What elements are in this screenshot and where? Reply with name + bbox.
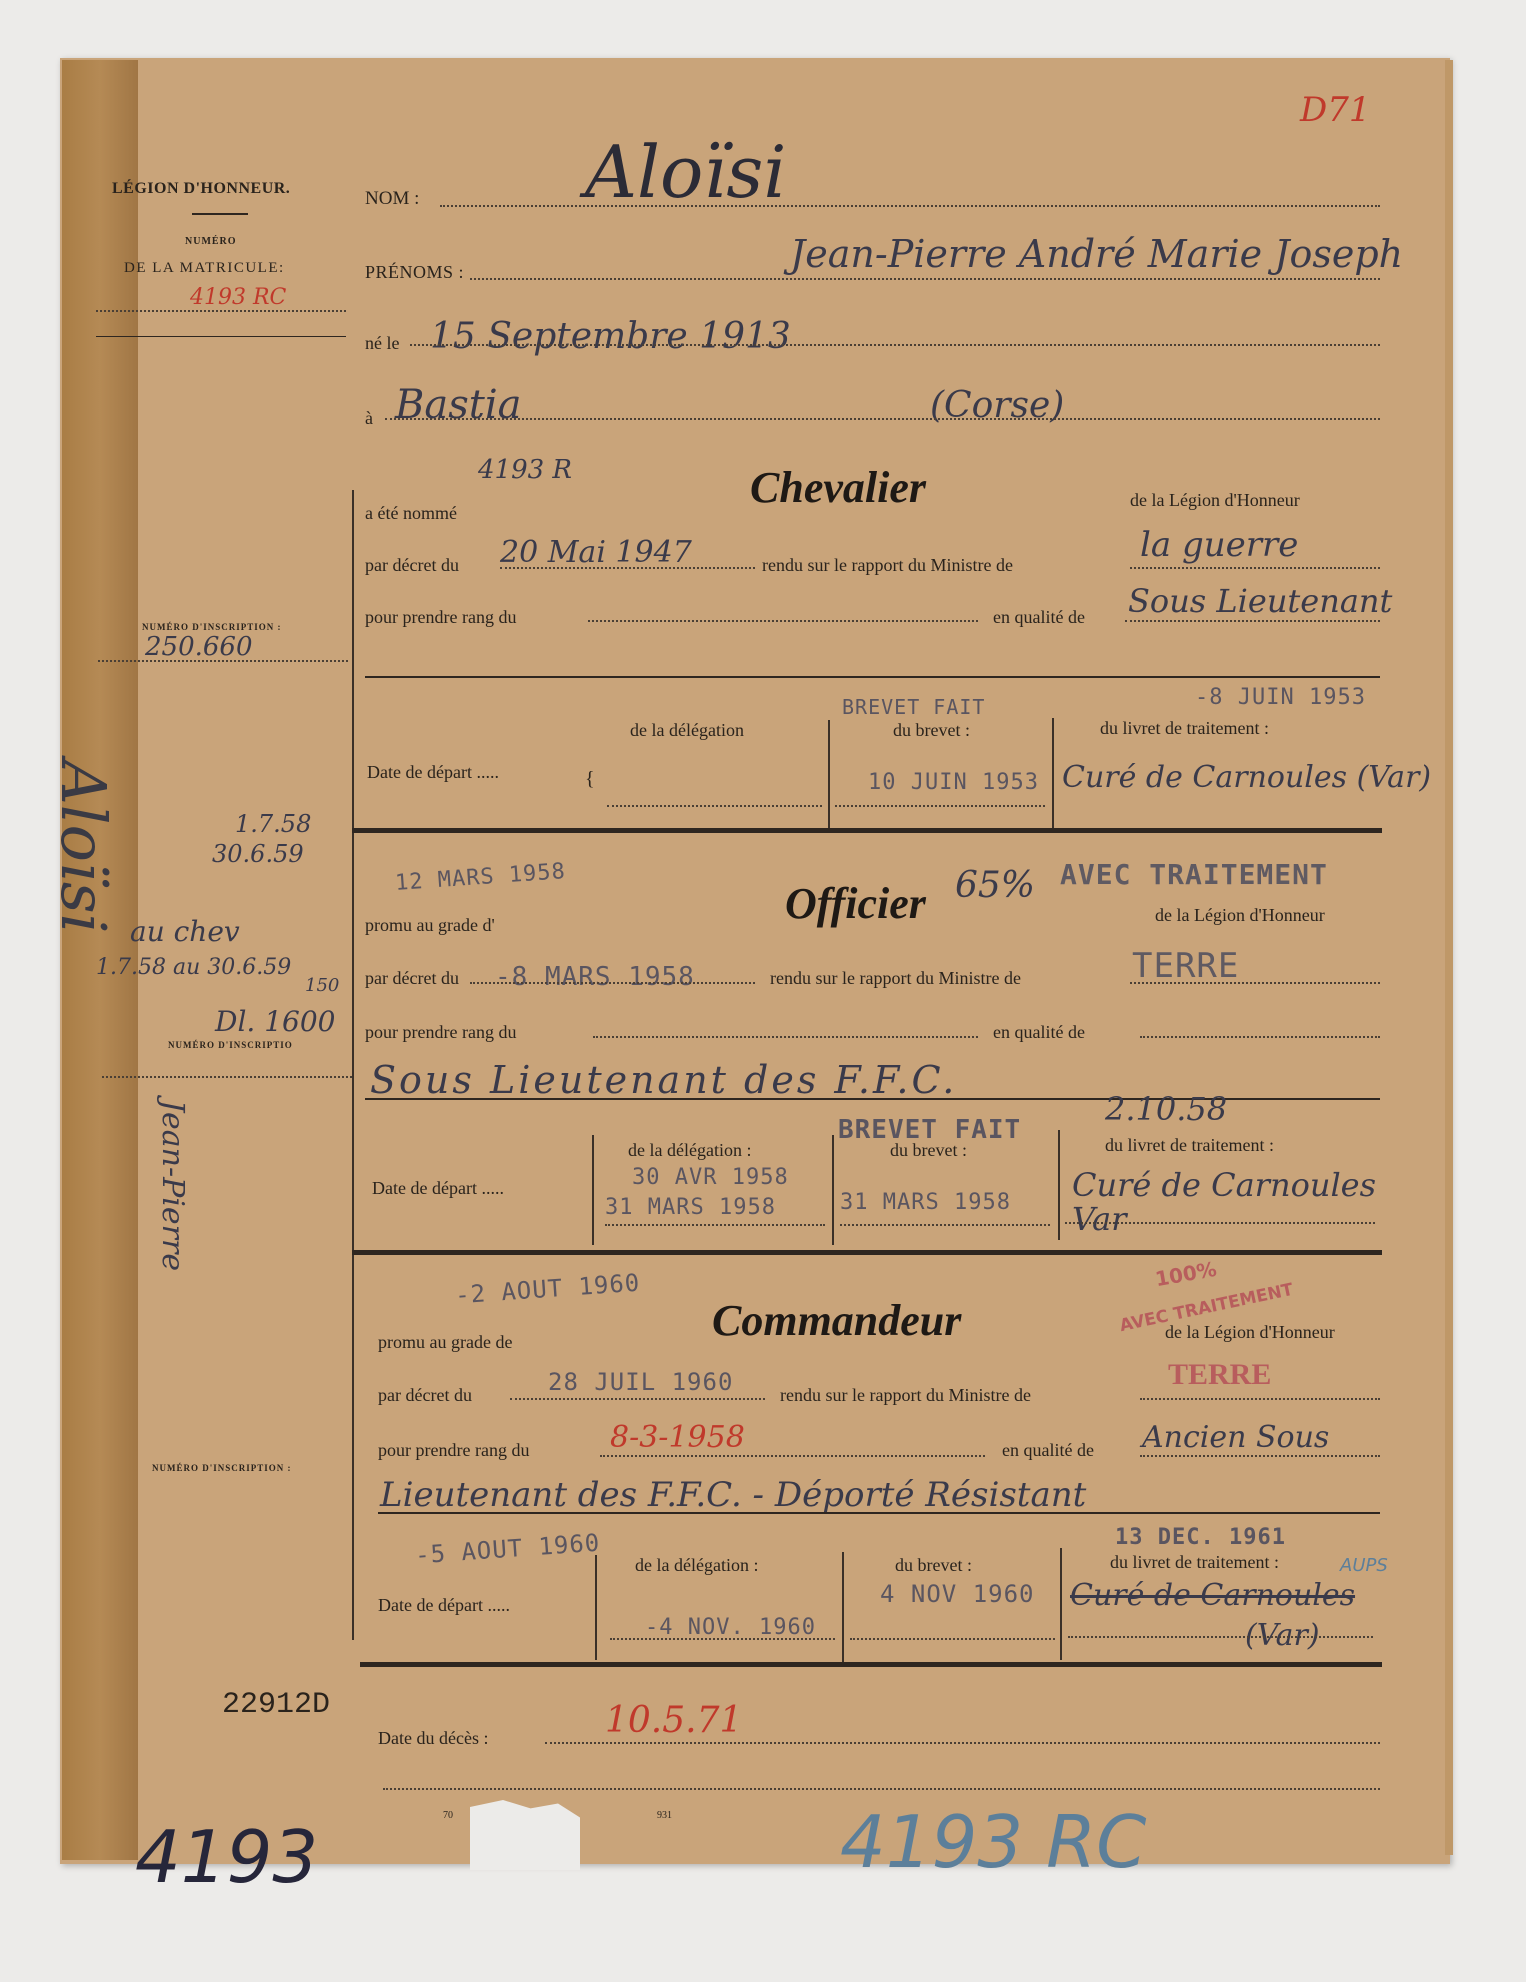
officier-brevet-date: 31 MARS 1958 [840, 1190, 1011, 1215]
chevalier-qualite-value: Sous Lieutenant [1128, 582, 1392, 620]
commandeur-col-divider-1 [842, 1552, 844, 1662]
officier-livret-value: Curé de Carnoules Var [1072, 1168, 1392, 1236]
officier-decret-line [470, 982, 755, 984]
matricule-rule [96, 336, 346, 337]
officier-depart-label: Date de départ ..... [372, 1178, 504, 1199]
officier-qualite-rule [365, 1098, 1380, 1100]
chevalier-col-divider-2 [1052, 718, 1054, 828]
sidebar-note-4: 1.7.58 au 30.6.59 [96, 955, 291, 980]
officier-rapport-label: rendu sur le rapport du Ministre de [770, 968, 1021, 989]
chevalier-delegation-label: de la délégation [630, 720, 744, 741]
ref-code: 22912D [222, 1688, 330, 1722]
section-bracket [352, 490, 354, 1640]
a-line [385, 418, 1380, 420]
chevalier-pre-number: 4193 R [478, 455, 572, 485]
officier-delegation-line [605, 1224, 825, 1226]
commandeur-decret-line [510, 1398, 765, 1400]
chevalier-decret-label: par décret du [365, 555, 459, 576]
torn-edge [470, 1800, 580, 1870]
inscription-label-3: NUMÉRO D'INSCRIPTION : [152, 1463, 292, 1473]
commandeur-bottom-rule [360, 1662, 1382, 1667]
chevalier-livret-value: Curé de Carnoules (Var) [1062, 760, 1431, 795]
officier-brevet-label: du brevet : [890, 1140, 967, 1161]
ne-le-line [410, 344, 1380, 346]
chevalier-livret-label: du livret de traitement : [1100, 718, 1269, 739]
inscription-label-2: NUMÉRO D'INSCRIPTIO [168, 1040, 293, 1050]
inscription-label-1: NUMÉRO D'INSCRIPTION : [142, 622, 282, 632]
chevalier-bottom-rule [352, 828, 1382, 833]
nom-line [440, 205, 1380, 207]
chevalier-stamp-brevet-fait: BREVET FAIT [842, 695, 985, 719]
chevalier-brevet-label: du brevet : [893, 720, 970, 741]
nom-value: Aloïsi [585, 130, 786, 214]
chevalier-stamp-livret-date: -8 JUIN 1953 [1195, 685, 1366, 710]
sheet-edge [1445, 60, 1453, 1855]
commandeur-rang-label: pour prendre rang du [378, 1440, 529, 1461]
matricule-line [96, 310, 346, 312]
commandeur-brace [595, 1555, 597, 1660]
sidebar-note-1: 1.7.58 [235, 810, 311, 838]
sidebar-vertical-name: Aloïsi [47, 760, 120, 933]
chevalier-rang-line [588, 620, 978, 622]
commandeur-qualite-line [1140, 1455, 1380, 1457]
commandeur-ministre-value: TERRE [1168, 1358, 1271, 1392]
commandeur-promu-label: promu au grade de [378, 1332, 512, 1353]
officier-ministre-value: TERRE [1132, 946, 1239, 986]
officier-qualite-label: en qualité de [993, 1022, 1085, 1043]
prenoms-line [470, 278, 1380, 280]
officier-qualite-value: Sous Lieutenant des F.F.C. [370, 1058, 957, 1102]
ne-le-label: né le [365, 333, 399, 354]
inscription-line-1 [98, 660, 348, 662]
commandeur-rapport-label: rendu sur le rapport du Ministre de [780, 1385, 1031, 1406]
officier-delegation-stamp-1: 30 AVR 1958 [632, 1165, 789, 1190]
officier-livret-label: du livret de traitement : [1105, 1135, 1274, 1156]
chevalier-brevet-line [835, 805, 1045, 807]
footer-blank-line [383, 1788, 1380, 1790]
commandeur-livret-stamp: 13 DEC. 1961 [1115, 1525, 1286, 1550]
blue-code: 4193 RC [840, 1800, 1146, 1884]
commandeur-livret-label: du livret de traitement : [1110, 1552, 1279, 1573]
officier-livret-date: 2.10.58 [1105, 1090, 1227, 1128]
deces-value: 10.5.71 [605, 1700, 742, 1741]
commandeur-qualite-label: en qualité de [1002, 1440, 1094, 1461]
officier-grade: Officier [785, 878, 926, 929]
commandeur-rang-value: 8-3-1958 [610, 1420, 745, 1455]
officier-col-divider-2 [1058, 1130, 1060, 1240]
print-code-left: 70 [443, 1810, 453, 1821]
chevalier-col-divider-1 [828, 720, 830, 828]
chevalier-nomme-label: a été nommé [365, 503, 457, 524]
officier-promu-label: promu au grade d' [365, 915, 495, 936]
officier-qualite-line [1140, 1036, 1380, 1038]
commandeur-rang-line [600, 1455, 985, 1457]
chevalier-brevet-date: 10 JUIN 1953 [868, 770, 1039, 795]
org-title: LÉGION D'HONNEUR. [112, 180, 290, 198]
chevalier-ministre-line [1130, 567, 1380, 569]
matricule-label-2: DE LA MATRICULE: [124, 260, 285, 277]
chevalier-rapport-label: rendu sur le rapport du Ministre de [762, 555, 1013, 576]
chevalier-rang-label: pour prendre rang du [365, 607, 516, 628]
commandeur-qualite-value: Ancien Sous [1142, 1420, 1329, 1455]
a-value: Bastia [395, 382, 521, 428]
print-code-right: 931 [657, 1810, 672, 1821]
org-underline [192, 213, 248, 215]
a-label: à [365, 408, 373, 429]
chevalier-brace: { [585, 768, 595, 791]
officier-delegation-label: de la délégation : [628, 1140, 751, 1161]
chevalier-grade: Chevalier [750, 462, 926, 513]
prenoms-value: Jean-Pierre André Marie Joseph [790, 232, 1403, 276]
commandeur-delegation-label: de la délégation : [635, 1555, 758, 1576]
officier-brevet-line [840, 1224, 1050, 1226]
matricule-value: 4193 RC [190, 285, 286, 310]
officier-brace [592, 1135, 594, 1245]
inscription-value-1: 250.660 [145, 632, 253, 662]
commandeur-livret-line [1068, 1636, 1373, 1638]
officier-livret-line [1065, 1222, 1375, 1224]
officier-ministre-line [1130, 982, 1380, 984]
ne-le-value: 15 Septembre 1913 [430, 316, 791, 357]
chevalier-top-rule [365, 676, 1380, 678]
chevalier-delegation-line [607, 805, 822, 807]
chevalier-decret-line [500, 567, 755, 569]
matricule-label-1: NUMÉRO [185, 236, 237, 247]
commandeur-brevet-value: 4 NOV 1960 [880, 1580, 1035, 1608]
commandeur-suffix: de la Légion d'Honneur [1165, 1322, 1335, 1343]
officier-decret-label: par décret du [365, 968, 459, 989]
commandeur-decret-value: 28 JUIL 1960 [548, 1368, 733, 1396]
big-number: 4193 [135, 1815, 318, 1899]
commandeur-ministre-line [1140, 1398, 1380, 1400]
officier-decret-value: -8 MARS 1958 [495, 962, 695, 992]
commandeur-brevet-line [850, 1638, 1055, 1640]
prenoms-label: PRÉNOMS : [365, 262, 464, 283]
commandeur-livret-note: AUPS [1340, 1555, 1388, 1576]
officier-rang-label: pour prendre rang du [365, 1022, 516, 1043]
nom-label: NOM : [365, 188, 419, 210]
chevalier-suffix: de la Légion d'Honneur [1130, 490, 1300, 511]
commandeur-decret-label: par décret du [378, 1385, 472, 1406]
deces-line [545, 1742, 1380, 1744]
commandeur-brevet-label: du brevet : [895, 1555, 972, 1576]
officier-rang-line [593, 1036, 978, 1038]
commandeur-grade: Commandeur [712, 1295, 961, 1346]
chevalier-decret-value: 20 Mai 1947 [500, 535, 692, 570]
sidebar-note-6: Dl. 1600 [215, 1005, 335, 1038]
officier-bottom-rule [352, 1250, 1382, 1255]
inscription-line-2 [102, 1076, 352, 1078]
officier-suffix: de la Légion d'Honneur [1155, 905, 1325, 926]
commandeur-qualite-rule [378, 1512, 1380, 1514]
sidebar-note-2: 30.6.59 [212, 840, 304, 868]
commandeur-livret-value: Curé de Carnoules [1070, 1578, 1355, 1613]
commandeur-col-divider-2 [1060, 1548, 1062, 1660]
officier-col-divider-1 [832, 1135, 834, 1245]
folio-number: D71 [1300, 90, 1371, 130]
sidebar-note-5: 150 [305, 975, 339, 996]
deces-label: Date du décès : [378, 1728, 488, 1749]
commandeur-depart-label: Date de départ ..... [378, 1595, 510, 1616]
officier-percent: 65% [955, 865, 1035, 906]
commandeur-qualite-line-2: Lieutenant des F.F.C. - Déporté Résistan… [380, 1475, 1086, 1515]
officier-delegation-stamp-2: 31 MARS 1958 [605, 1195, 776, 1220]
commandeur-delegation-line [610, 1638, 835, 1640]
sidebar-note-3: au chev [130, 915, 240, 948]
commandeur-delegation-value: -4 NOV. 1960 [645, 1615, 816, 1640]
sidebar-vertical-prenom: Jean-Pierre [155, 1100, 190, 1271]
chevalier-qualite-label: en qualité de [993, 607, 1085, 628]
chevalier-qualite-line [1125, 620, 1380, 622]
officier-stamp-traitement: AVEC TRAITEMENT [1060, 858, 1328, 891]
chevalier-depart-label: Date de départ ..... [367, 762, 499, 783]
chevalier-ministre-value: la guerre [1140, 525, 1298, 565]
